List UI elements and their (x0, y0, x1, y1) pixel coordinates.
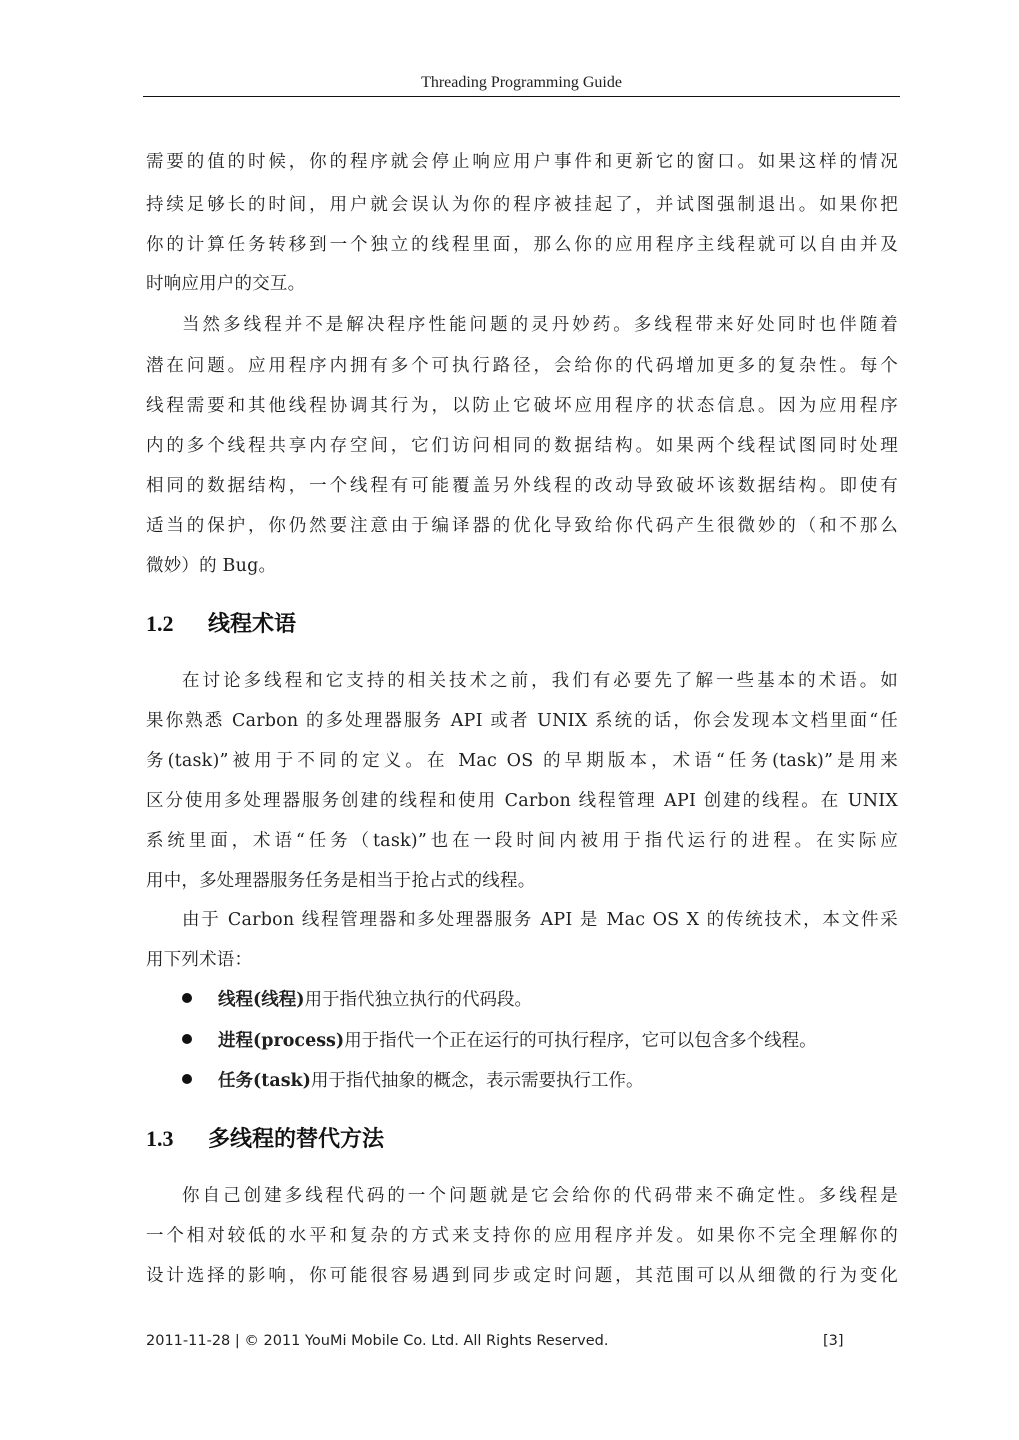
paragraph-line: 需要的值的时候，你的程序就会停止响应用户事件和更新它的窗口。如果这样的情况 (146, 148, 898, 176)
bullet-text: 用于指代一个正在运行的可执行程序，它可以包含多个线程。 (344, 1031, 817, 1051)
section-heading-1-2: 1.2线程术语 (146, 609, 296, 639)
bullet-term: 线程(线程) (218, 990, 305, 1010)
bullet-dot-icon (182, 993, 192, 1003)
paragraph-line: 持续足够长的时间，用户就会误认为你的程序被挂起了，并试图强制退出。如果你把 (146, 191, 898, 219)
paragraph-line: 内的多个线程共享内存空间，它们访问相同的数据结构。如果两个线程试图同时处理 (146, 432, 898, 460)
paragraph-line: 你的计算任务转移到一个独立的线程里面，那么你的应用程序主线程就可以自由并及 (146, 231, 898, 259)
paragraph-line: 潜在问题。应用程序内拥有多个可执行路径，会给你的代码增加更多的复杂性。每个 (146, 352, 898, 380)
paragraph-line: 线程需要和其他线程协调其行为，以防止它破坏应用程序的状态信息。因为应用程序 (146, 392, 898, 420)
paragraph-line: 你自己创建多线程代码的一个问题就是它会给你的代码带来不确定性。多线程是 (182, 1182, 898, 1210)
paragraph-line: 用下列术语： (146, 946, 898, 974)
section-number: 1.2 (146, 609, 208, 639)
paragraph-line: 在讨论多线程和它支持的相关技术之前，我们有必要先了解一些基本的术语。如 (182, 667, 898, 695)
page-footer: 2011-11-28 | © 2011 YouMi Mobile Co. Ltd… (146, 1330, 846, 1352)
paragraph-line: 时响应用户的交互。 (146, 270, 898, 298)
bullet-dot-icon (182, 1074, 192, 1084)
page-header: Threading Programming Guide (143, 72, 900, 97)
bullet-item: 线程(线程)用于指代独立执行的代码段。 (182, 986, 532, 1014)
paragraph-line: 微妙）的 Bug。 (146, 552, 898, 580)
paragraph-line: 一个相对较低的水平和复杂的方式来支持你的应用程序并发。如果你不完全理解你的 (146, 1222, 898, 1250)
paragraph-line: 由于 Carbon 线程管理器和多处理器服务 API 是 Mac OS X 的传… (182, 906, 898, 934)
paragraph-line: 用中，多处理器服务任务是相当于抢占式的线程。 (146, 867, 898, 895)
bullet-term: 任务(task) (218, 1071, 311, 1091)
bullet-dot-icon (182, 1034, 192, 1044)
section-title: 线程术语 (208, 611, 296, 636)
paragraph-line: 相同的数据结构，一个线程有可能覆盖另外线程的改动导致破坏该数据结构。即使有 (146, 472, 898, 500)
bullet-item: 进程(process)用于指代一个正在运行的可执行程序，它可以包含多个线程。 (182, 1027, 817, 1055)
paragraph-line: 当然多线程并不是解决程序性能问题的灵丹妙药。多线程带来好处同时也伴随着 (182, 311, 898, 339)
bullet-text: 用于指代抽象的概念，表示需要执行工作。 (311, 1071, 644, 1091)
paragraph-line: 设计选择的影响，你可能很容易遇到同步或定时问题，其范围可以从细微的行为变化 (146, 1262, 898, 1290)
paragraph-line: 系统里面，术语“任务（task)”也在一段时间内被用于指代运行的进程。在实际应 (146, 827, 898, 855)
paragraph-line: 务(task)”被用于不同的定义。在 Mac OS 的早期版本，术语“任务(ta… (146, 747, 898, 775)
paragraph-line: 果你熟悉 Carbon 的多处理器服务 API 或者 UNIX 系统的话，你会发… (146, 707, 898, 735)
document-title: Threading Programming Guide (421, 74, 622, 91)
footer-copyright: 2011-11-28 | © 2011 YouMi Mobile Co. Ltd… (146, 1333, 608, 1349)
bullet-item: 任务(task)用于指代抽象的概念，表示需要执行工作。 (182, 1067, 643, 1095)
paragraph-line: 区分使用多处理器服务创建的线程和使用 Carbon 线程管理 API 创建的线程… (146, 787, 898, 815)
section-number: 1.3 (146, 1124, 208, 1154)
section-title: 多线程的替代方法 (208, 1126, 384, 1151)
page-number: [3] (823, 1330, 844, 1352)
bullet-text: 用于指代独立执行的代码段。 (305, 990, 533, 1010)
section-heading-1-3: 1.3多线程的替代方法 (146, 1124, 384, 1154)
paragraph-line: 适当的保护，你仍然要注意由于编译器的优化导致给你代码产生很微妙的（和不那么 (146, 512, 898, 540)
bullet-term: 进程(process) (218, 1031, 344, 1051)
